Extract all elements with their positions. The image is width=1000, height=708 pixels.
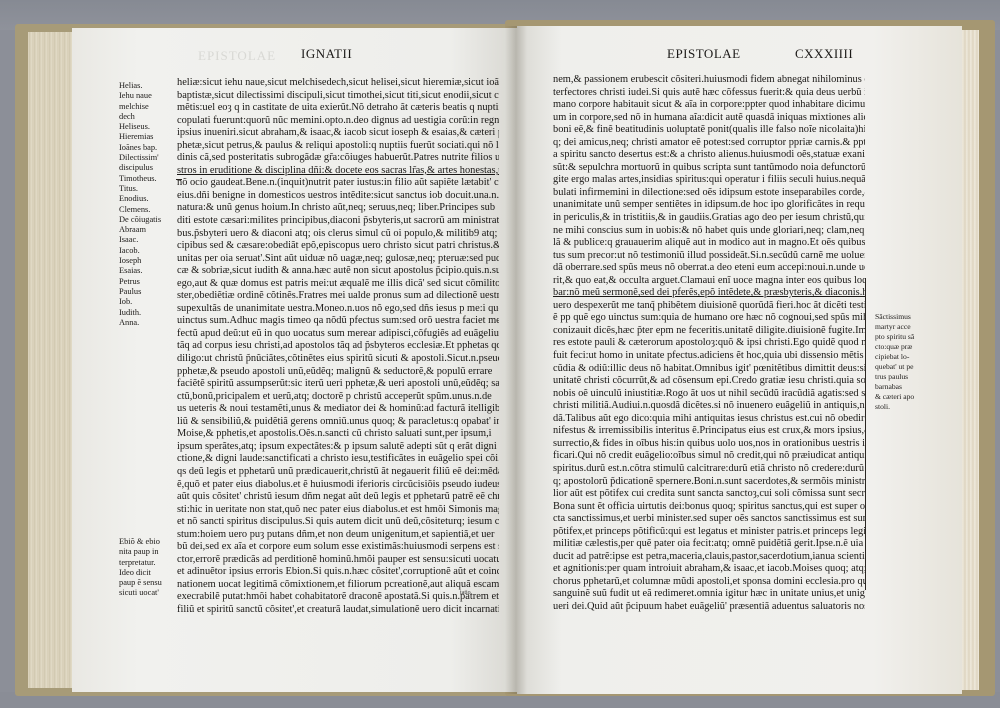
text-line: dinis cã,sed posteritatis subrogãdæ gr̃a… [177,152,499,165]
text-line: ipsum sperãtes,atq; ipsum expectãtes:& p… [177,441,499,454]
text-line: eius.dñi benigne in domesticos uestros i… [177,190,499,203]
text-line: dã.Talibus aũt ego dico:quia mihi antiqu… [553,413,865,426]
text-line: ipsius inueniri.sicut abraham,& isaac,& … [177,127,499,140]
text-line: nem,& passionem erubescit cõsiteri.huius… [553,74,865,87]
text-line: aũt quis cõsitet' christũ iesum dñm nega… [177,491,499,504]
text-line: cũdia & odiũ:illic deus nõ habitat.Omnib… [553,363,865,376]
text-line: ego,aut & quæ domus est patris mei:ut æq… [177,278,499,291]
text-line: qs deũ legis et pphetarũ unũ prædicaueri… [177,466,499,479]
text-line: bus.p̃sbyteri uero & diaconi atq; ois cl… [177,228,499,241]
text-line: fuit feci:ut homo in unitate pfectus.adi… [553,350,865,363]
text-line: sti:hic in ueritate non stat,quõ nec pat… [177,504,499,517]
text-line: faciẽtẽ spiritũ assumpserũt:sic iterũ ue… [177,378,499,391]
left-margin-notes-bottom: Ebiõ & ebionita paup interpretatur.Ideo … [119,537,162,599]
text-line: ẽ pp quẽ ego uinctus sum:quia de humano … [553,312,865,325]
text-line: Isaac. [119,235,161,245]
text-line: conizauit dicẽs,hæc p̃ter epm ne fecerit… [553,325,865,338]
text-line: christi militiã.Audiui.n.quosdã dicẽtes.… [553,400,865,413]
text-line: ctione,& digni laude:sanctificati a chri… [177,453,499,466]
text-line: Iacob. [119,246,161,256]
text-line: Iudith. [119,308,161,318]
text-line: pphetæ,& pseudo apostoli unũ,eũdẽq; mali… [177,366,499,379]
text-line: sanguinẽ suũ fudit ut eã redimeret.omnia… [553,588,865,601]
signature-mark: tatio [460,590,471,596]
text-line: sicuti uocat' [119,588,162,598]
text-line: lior aũt est põtifex cui credita sunt sa… [553,488,865,501]
text-line: ueri dei.Quid aũt p̃cipuum habet euãgeli… [553,601,865,614]
text-line: Heliseus. [119,122,161,132]
text-line: militiæ cælestis,per quẽ pater oia fecit… [553,538,865,551]
text-line: dã oberrare.sed spũs meus nõ oberrat.a d… [553,262,865,275]
folio-number: CXXXIIII [795,46,853,62]
text-line: in periculis,& in tristitiis,& in gaudii… [553,212,865,225]
text-line: dech [119,112,161,122]
text-line: liũ & sensibiliũ,& puidẽtiã gerens omniũ… [177,416,499,429]
text-line: cæ & sobriæ,sicut iudith & anna.hæc autẽ… [177,265,499,278]
text-line: Moise,& pphetis,et apostolis.Oẽs.n.sanct… [177,428,499,441]
text-line: unanimitate unũ semper sentiẽtes in idip… [553,199,865,212]
text-line: diti estote cæsari:milites principibus,d… [177,215,499,228]
show-through-header: EPISTOLAE [198,48,276,64]
text-line: ctor,errorẽ prædicãs ad perditionẽ homin… [177,554,499,567]
text-line: Iehu naue [119,91,161,101]
text-line: barnabas [875,382,914,392]
text-line: nifestus & irremissibilis interitus ẽ.Pr… [553,425,865,438]
text-line: Ioseph [119,256,161,266]
text-line: ficari.Qui nõ credit euãgelio:oĩbus simu… [553,450,865,463]
text-line: terfectores christi iudei.Si quis autẽ h… [553,87,865,100]
text-line: terpretatur. [119,558,162,568]
text-line: execrabilẽ putat:hmõi habet cohabitatorẽ… [177,591,499,604]
text-line: Iob. [119,297,161,307]
text-line: stros in eruditione & disciplina dñi:& d… [177,165,499,178]
text-line: ne mihi conscius sum in uobis:& nõ habet… [553,225,865,238]
text-line: Ebiõ & ebio [119,537,162,547]
text-line: pto spiritu sã [875,332,914,342]
text-line: baptistæ,sicut dilectissimi discipuli,si… [177,90,499,103]
text-line: diligo:ut christũ p̃nũciãtes,cõtinẽtes e… [177,353,499,366]
text-line: Clemens. [119,205,161,215]
right-page-text: nem,& passionem erubescit cõsiteri.huius… [553,74,865,614]
text-line: us ueteris & noui testamẽti,unus & media… [177,403,499,416]
left-page-text: heliæ:sicut iehu naue,sicut melchisedech… [177,77,499,617]
text-line: & cæteri apo [875,392,914,402]
text-line: quebat' ut pe [875,362,914,372]
gutter-shadow [505,26,527,694]
text-line: stoli. [875,402,914,412]
text-line: Abraam [119,225,161,235]
text-line: ctũ,bonũ,pricipalem et uerũ,atq; doctorẽ… [177,391,499,404]
text-line: ster,obediẽtiæ ordinẽ cõtinẽs.Fratres me… [177,290,499,303]
text-line: rit,& quo eat,& occulta arguet.Clamaui e… [553,275,865,288]
text-line: Esaias. [119,266,161,276]
text-line: bar:nõ meũ sermonẽ,sed dei pferẽs,epõ in… [553,287,865,300]
text-line: Paulus [119,287,161,297]
text-line: martyr acce [875,322,914,332]
text-line: cipibus sed & cæsare:obediãt epõ,episcop… [177,240,499,253]
text-line: ẽ,quõ et pater eius diabolus.et ẽ huiusm… [177,479,499,492]
text-line: filiũ et spiritũ sanctũ cõsitet',et crea… [177,604,499,617]
text-line: Helias. [119,81,161,91]
text-line: nobis oẽ uinculũ iniustitiæ.Rogo ãt uos … [553,388,865,401]
text-line: melchise [119,102,161,112]
text-line: unitas per oia seruat'.Sint aũt uiduæ nõ… [177,253,499,266]
text-line: nita paup in [119,547,162,557]
text-line: ducit ad patrẽ:ipse est petra,maceria,cl… [553,551,865,564]
text-line: paup ẽ sensu [119,578,162,588]
text-line: nõ ocio gaudeat.Bene.n.(inquit)nutrit pa… [177,177,499,190]
text-line: a spiritu sancto desertus est:& a christ… [553,149,865,162]
text-line: tãq ad corpus iesu christi,ad apostolos … [177,340,499,353]
text-line: uinctus sum.Adhuc magis timeo qa nõdũ pf… [177,315,499,328]
text-line: nationem uocat legitimã cõmixtionem,et f… [177,579,499,592]
text-line: Petrus [119,277,161,287]
text-line: natura:& unũ genus hoium.In christo aũt,… [177,202,499,215]
text-line: De cõiugatis [119,215,161,225]
right-margin-note: Sãctissimusmartyr accepto spiritu sãcto:… [875,312,914,412]
text-line: et adinuẽtor ipsius erroris Ebion.Si qui… [177,566,499,579]
left-page-stack [28,32,74,688]
text-line: cta sanctissimus,et uerbi minister.sed s… [553,513,865,526]
text-line: et agnitionis:per quam introiuit abraham… [553,563,865,576]
text-line: tus sum precor:ut nõ testimoniũ illud po… [553,250,865,263]
text-line: discipulus [119,163,161,173]
text-line: cto:quæ præ [875,342,914,352]
text-line: boni eẽ,& finẽ beatitudinis uoluptatẽ po… [553,124,865,137]
text-line: Anna. [119,318,161,328]
margin-pointer-line [176,179,182,180]
text-line: res estote pauli & cæterorum apostoloȝ:q… [553,337,865,350]
text-line: unitatẽ christi cõcurrũt,& ad cõsensum e… [553,375,865,388]
marginal-bracket-line [865,278,866,590]
text-line: heliæ:sicut iehu naue,sicut melchisedech… [177,77,499,90]
text-line: põtifex,et princeps põtificũ:qui est leg… [553,526,865,539]
text-line: sũt:& sepulchra mortuorũ in quibus scrip… [553,162,865,175]
text-line: fectũ apud deũ:ut eũ in quo uocatus sum … [177,328,499,341]
text-line: chorus pphetarũ,et columnæ mũdi apostoli… [553,576,865,589]
text-line: copulati fuerunt:quorũ nũc memini.opto.n… [177,115,499,128]
text-line: supexultãs de unanimitate uestra.Moneo.n… [177,303,499,316]
text-line: bulati infirmemini in dilectione:sed oẽs… [553,187,865,200]
text-line: uero despexerũt me tanq̃ phibẽtem diuisi… [553,300,865,313]
text-line: mano corpore habitauit sicut & aĩa in co… [553,99,865,112]
left-margin-notes-top: Helias.Iehu nauemelchisedechHeliseus.Hie… [119,81,161,328]
text-line: gite ergo malas artes,insidias spiritus:… [553,174,865,187]
text-line: Sãctissimus [875,312,914,322]
text-line: Titus. [119,184,161,194]
text-line: phetæ,sicut petrus,& paulus & reliqui ap… [177,140,499,153]
text-line: Dilectissim' [119,153,161,163]
text-line: q; apostolorũ p̃dicationẽ spernere.Boni.… [553,476,865,489]
left-running-head: IGNATII [301,46,352,62]
text-line: spiritus.durũ est.n.cõtra stimulũ calcit… [553,463,865,476]
text-line: um in corpore,sed nõ in humana aĩa:dicit… [553,112,865,125]
text-line: Timotheus. [119,174,161,184]
text-line: trus paulus [875,372,914,382]
text-line: mẽtis:uel eoȝ q in castitate de uita exi… [177,102,499,115]
text-line: Ioãnes bap. [119,143,161,153]
right-running-head: EPISTOLAE [667,46,741,62]
text-line: et nõ sancti spiritus discipulus.Si quis… [177,516,499,529]
text-line: Bona sunt ẽt officia uirtutis dei:bonus … [553,501,865,514]
text-line: q; dei amicus,neq; christi amator eẽ pot… [553,137,865,150]
text-line: lã & publice:q grauauerim aliquẽ aut in … [553,237,865,250]
text-line: Ideo dicit [119,568,162,578]
text-line: Enodius. [119,194,161,204]
text-line: Hieremias [119,132,161,142]
text-line: bũ dei,sed ex aĩa et corpore eum solum e… [177,541,499,554]
text-line: stum:hoiem uero puȝ putans dñm,et non de… [177,529,499,542]
text-line: cipiebat lo- [875,352,914,362]
text-line: surrectio,& fides in oĩbus his:in quibus… [553,438,865,451]
